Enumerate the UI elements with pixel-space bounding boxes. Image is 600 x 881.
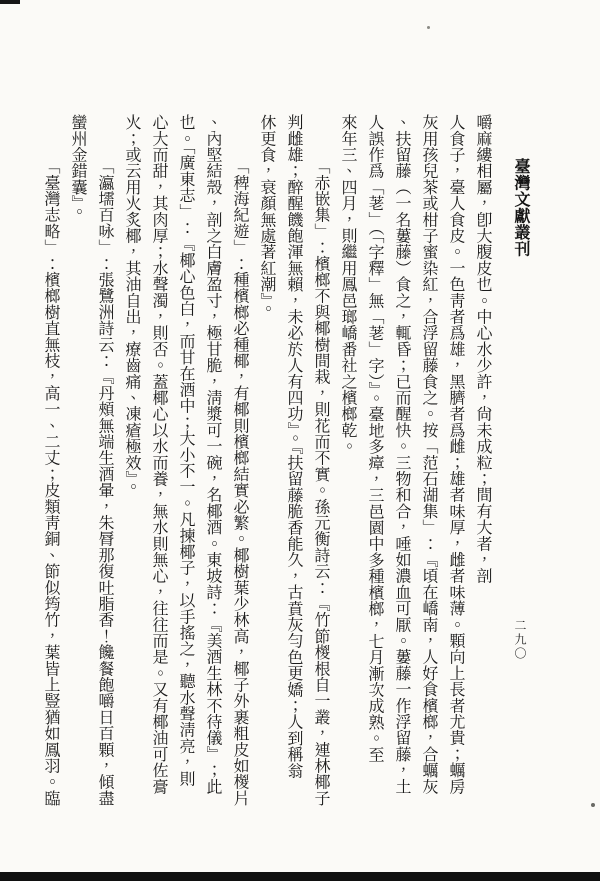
- page-number: 二九〇: [512, 619, 529, 661]
- scan-speck: [591, 803, 595, 807]
- text-column: 判雌雄；醉醒饑飽渾無賴，未必於人有四功』。『扶留藤脆香能久，古賁灰勻色更嬌；人到…: [281, 114, 308, 828]
- text-column: 嚼麻縷相屬，卽大腹皮也。中心水少許，尙未成粒；間有大者，剖: [470, 114, 497, 828]
- text-column: 「稗海紀遊」：種檳榔必種椰，有椰則檳榔結實必繁。椰樹葉少林高，椰子外裹粗皮如椶片: [227, 114, 254, 828]
- text-column: 「瀛壖百咏」：張鷺洲詩云：『丹頰無端生酒暈，朱脣那復吐脂香！饞餐飽嚼日百顆，傾盡: [92, 114, 119, 828]
- text-column: 人食子，臺人食皮。一色靑者爲雄，黑臍者爲雌；雄者味厚，雌者味薄。顆向上長者尤貴；…: [443, 114, 470, 828]
- text-column: 火；或云用火炙椰，其油自出，療齒痛、凍瘡極效』。: [119, 114, 146, 828]
- text-column: 灰用孩兒茶或柑子蜜染紅，合浮留藤食之。按「范石湖集」：『頃在嶠南，人好食檳榔，合…: [416, 114, 443, 828]
- text-column: 「赤嵌集」：檳榔不與椰樹間栽，則花而不實。孫元衡詩云：『竹節椶根自一叢，連林椰子: [308, 114, 335, 828]
- series-title: 臺灣文獻叢刊: [510, 158, 533, 257]
- text-column: 人誤作爲「荖」（「字釋」無「荖」字）』。臺地多瘴，三邑園中多種檳榔，七月漸次成熟…: [362, 114, 389, 828]
- text-column: 「臺灣志略」：檳榔樹直無枝，高一、二丈；皮類靑銅、節似筠竹，葉皆上豎猶如鳳羽。臨: [38, 114, 65, 828]
- scan-speck: [427, 26, 430, 29]
- text-column: 心大而甜，其肉厚；水聲濁，則否。蓋椰心以水而養，無水則無心，往往而是。又有椰油可…: [146, 114, 173, 828]
- text-column: 休更食，衰顏無處著紅潮』。: [254, 114, 281, 828]
- scan-mark-topleft: [0, 0, 20, 4]
- scan-edge-bottom: [0, 872, 600, 881]
- text-column: 蠻州金錯囊』。: [65, 114, 92, 828]
- text-column: 也。「廣東志」：『椰心色白，而甘在酒中；大小不一。凡揀椰子，以手搖之，聽水聲淸亮…: [173, 114, 200, 828]
- text-column: 、內堅結殼，剖之白膚盈寸，極甘脆，淸漿可一碗，名椰酒。東坡詩：『美酒生林不待儀』…: [200, 114, 227, 828]
- scan-page: 臺灣文獻叢刊 二九〇 嚼麻縷相屬，卽大腹皮也。中心水少許，尙未成粒；間有大者，剖…: [0, 0, 600, 881]
- text-columns: 嚼麻縷相屬，卽大腹皮也。中心水少許，尙未成粒；間有大者，剖人食子，臺人食皮。一色…: [38, 114, 497, 828]
- text-column: 來年三、四月，則繼用鳳邑瑯嶠番社之檳榔乾。: [335, 114, 362, 828]
- text-column: 、扶留藤（一名蔞藤）食之，輒昏；已而醒快。三物和合，唾如濃血可厭。蔞藤一作浮留藤…: [389, 114, 416, 828]
